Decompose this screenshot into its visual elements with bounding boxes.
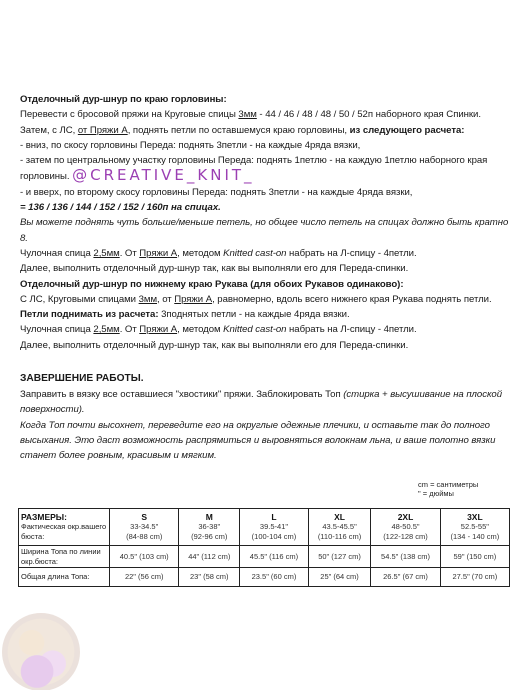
finishing-paragraph-2: Когда Топ почти высохнет, переведите его… <box>20 418 510 464</box>
text: Перевести с бросовой пряжи на Круговые с… <box>20 109 238 120</box>
size-cm: (134 - 140 cm) <box>443 532 507 542</box>
size-table: РАЗМЕРЫ: Фактическая окр.вашего бюста: S… <box>18 508 510 587</box>
legend-inch: " = дюймы <box>418 489 478 498</box>
sizes-title: РАЗМЕРЫ: <box>21 513 107 523</box>
cell: 27.5" (70 cm) <box>440 568 509 587</box>
neckline-finish: Далее, выполнить отделочный дур-шнур так… <box>20 261 510 276</box>
calc-label: Петли поднимать из расчета: <box>20 309 159 320</box>
size-in: 39.5-41" <box>242 522 306 532</box>
cell: 45.5" (116 cm) <box>240 546 309 568</box>
text: , методом <box>177 324 223 335</box>
pattern-page: Отделочный дур-шнур по краю горловины: П… <box>20 92 510 464</box>
text: , методом <box>177 248 223 259</box>
text: набрать на Л-спицу - 4петли. <box>286 324 416 335</box>
size-col: XL43.5-45.5"(110-116 cm) <box>308 509 370 546</box>
sleeve-cast-on: Чулочная спица 2,5мм. От Пряжи А, методо… <box>20 322 510 337</box>
text: . От <box>120 324 140 335</box>
size-cm: (110-116 cm) <box>311 532 368 542</box>
row-label: Ширина Топа по линии окр.бюста: <box>19 546 110 568</box>
cell: 59" (150 cm) <box>440 546 509 568</box>
cell: 26.5" (67 cm) <box>371 568 440 587</box>
needle-size: 2,5мм <box>93 324 119 335</box>
watermark: @CREATIVE_KNIT_ <box>72 166 254 184</box>
size-in: 43.5-45.5" <box>311 522 368 532</box>
text: , равномерно, вдоль всего нижнего края Р… <box>212 294 492 305</box>
kitten-yarn-logo <box>2 613 80 690</box>
size-cm: (100-104 cm) <box>242 532 306 542</box>
size-in: 48-50.5" <box>373 522 437 532</box>
yarn-ref: Пряжи А <box>139 248 177 259</box>
size-col: 2XL48-50.5"(122-128 cm) <box>371 509 440 546</box>
neckline-cast-on: Чулочная спица 2,5мм. От Пряжи А, методо… <box>20 246 510 261</box>
size-cm: (122-128 cm) <box>373 532 437 542</box>
size-col: S33-34.5"(84-88 cm) <box>110 509 179 546</box>
neckline-step-up: - и вверх, по второму скосу горловины Пе… <box>20 185 510 200</box>
size-name: XL <box>311 513 368 523</box>
finishing-paragraph-1: Заправить в вязку все оставшиеся "хвости… <box>20 387 510 418</box>
text: Чулочная спица <box>20 324 93 335</box>
calc-label: из следующего расчета: <box>350 125 465 136</box>
table-row: Общая длина Топа: 22" (56 cm) 23" (58 cm… <box>19 568 510 587</box>
cell: 50" (127 cm) <box>308 546 370 568</box>
text: набрать на Л-спицу - 4петли. <box>286 248 416 259</box>
sleeve-paragraph: С ЛС, Круговыми спицами 3мм, от Пряжи А,… <box>20 292 510 323</box>
size-cm: (92-96 cm) <box>181 532 237 542</box>
size-name: M <box>181 513 237 523</box>
size-header-label: РАЗМЕРЫ: Фактическая окр.вашего бюста: <box>19 509 110 546</box>
neckline-note: Вы можете поднять чуть больше/меньше пет… <box>20 215 510 246</box>
neckline-heading: Отделочный дур-шнур по краю горловины: <box>20 92 510 107</box>
sleeve-heading: Отделочный дур-шнур по нижнему краю Рука… <box>20 277 510 292</box>
cell: 44" (112 cm) <box>179 546 240 568</box>
neckline-step-center: - затем по центральному участку горловин… <box>20 153 510 185</box>
neckline-paragraph: Перевести с бросовой пряжи на Круговые с… <box>20 107 510 138</box>
table-row: Ширина Топа по линии окр.бюста: 40.5" (1… <box>19 546 510 568</box>
size-name: 3XL <box>443 513 507 523</box>
cell: 23" (58 cm) <box>179 568 240 587</box>
size-name: L <box>242 513 306 523</box>
yarn-ref: Пряжи А <box>139 324 177 335</box>
cell: 23.5" (60 cm) <box>240 568 309 587</box>
units-legend: cm = сантиметры " = дюймы <box>418 480 478 498</box>
needle-size: 3мм <box>238 109 256 120</box>
size-col: 3XL52.5-55"(134 - 140 cm) <box>440 509 509 546</box>
text: , от <box>157 294 174 305</box>
row-label: Общая длина Топа: <box>19 568 110 587</box>
text: Чулочная спица <box>20 248 93 259</box>
legend-cm: cm = сантиметры <box>418 480 478 489</box>
size-col: L39.5-41"(100-104 cm) <box>240 509 309 546</box>
size-in: 36-38" <box>181 522 237 532</box>
yarn-ref: от Пряжи А <box>78 125 128 136</box>
size-name: S <box>112 513 176 523</box>
cell: 22" (56 cm) <box>110 568 179 587</box>
neckline-step-down: - вниз, по скосу горловины Переда: подня… <box>20 138 510 153</box>
neckline-total: = 136 / 136 / 144 / 152 / 152 / 160п на … <box>20 200 510 215</box>
size-in: 52.5-55" <box>443 522 507 532</box>
bust-label: Фактическая окр.вашего бюста: <box>21 522 107 541</box>
finishing-heading: ЗАВЕРШЕНИЕ РАБОТЫ. <box>20 373 510 384</box>
text: С ЛС, Круговыми спицами <box>20 294 139 305</box>
yarn-ref: Пряжи А <box>174 294 212 305</box>
cell: 40.5" (103 cm) <box>110 546 179 568</box>
cast-method: Knitted cast-on <box>223 324 286 335</box>
sleeve-finish: Далее, выполнить отделочный дур-шнур так… <box>20 338 510 353</box>
cell: 54.5" (138 cm) <box>371 546 440 568</box>
cell: 25" (64 cm) <box>308 568 370 587</box>
text: , поднять петли по оставшемуся краю горл… <box>128 125 350 136</box>
size-col: M36-38"(92-96 cm) <box>179 509 240 546</box>
size-in: 33-34.5" <box>112 522 176 532</box>
text: Заправить в вязку все оставшиеся "хвости… <box>20 389 343 400</box>
text: 3поднятых петли - на каждые 4ряда вязки. <box>159 309 350 320</box>
size-header-row: РАЗМЕРЫ: Фактическая окр.вашего бюста: S… <box>19 509 510 546</box>
needle-size: 3мм <box>139 294 157 305</box>
size-cm: (84-88 cm) <box>112 532 176 542</box>
text: . От <box>120 248 140 259</box>
cast-method: Knitted cast-on <box>223 248 286 259</box>
size-name: 2XL <box>373 513 437 523</box>
needle-size: 2,5мм <box>93 248 119 259</box>
